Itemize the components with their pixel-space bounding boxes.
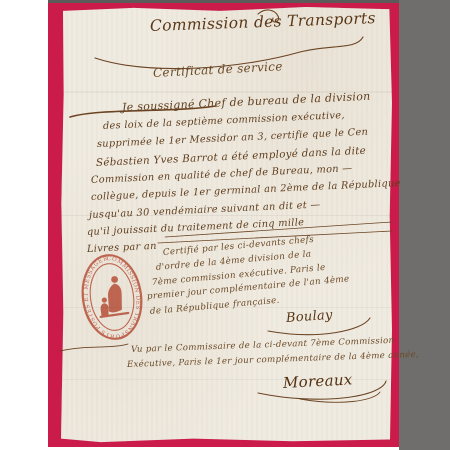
- stamp-seated-figure-icon: [94, 275, 129, 318]
- photo-margin-gray: [399, 0, 450, 450]
- signature-moreaux: Moreaux: [283, 370, 353, 392]
- photo-of-manuscript: Commission des Transports Certificat de …: [0, 0, 450, 450]
- red-oval-stamp: COMMISSION DES TRANSPORTS POSTES ET MESS…: [74, 248, 150, 346]
